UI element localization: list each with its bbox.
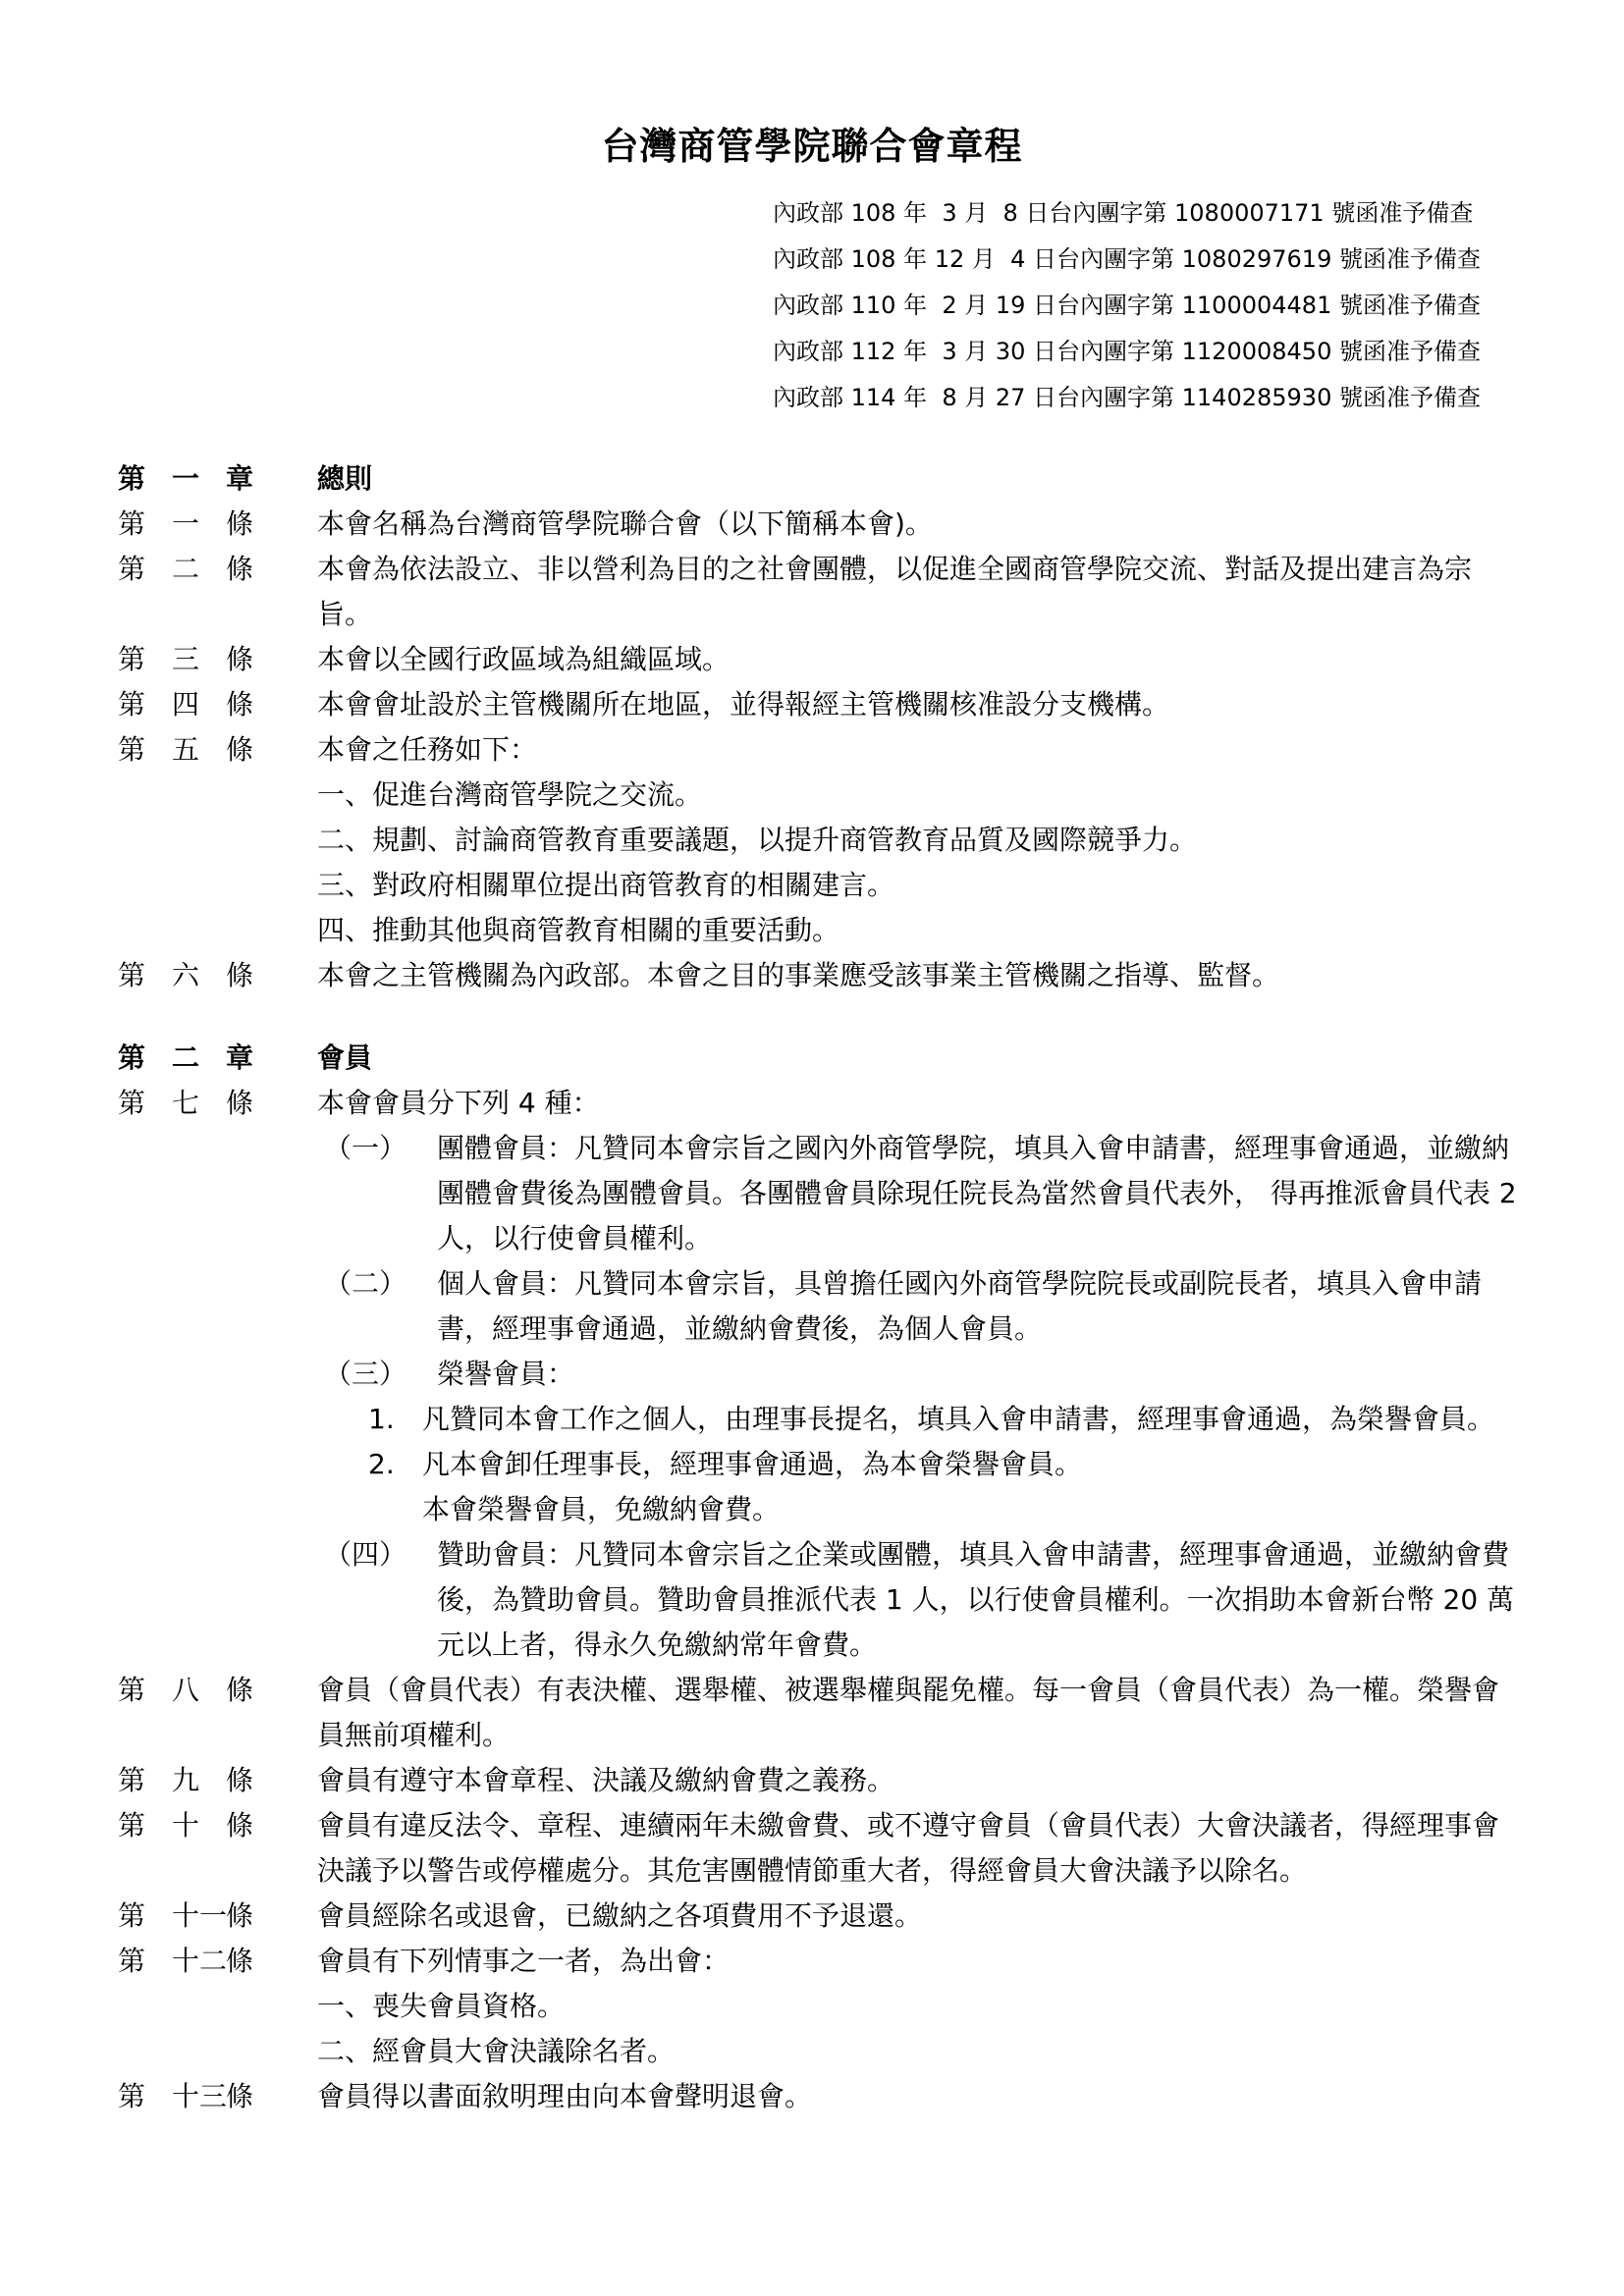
article: 第 六 條 本會之主管機關為內政部。本會之目的事業應受該事業主管機關之指導、監督…	[118, 953, 1522, 998]
article-label-part: 條	[226, 1894, 280, 1939]
article-label: 第 八 條	[118, 1668, 317, 1758]
article-label: 第 十一 條	[118, 1894, 317, 1939]
article-label-part: 第	[118, 547, 172, 637]
sub-text: 團體會員：凡贊同本會宗旨之國內外商管學院，填具入會申請書，經理事會通過，並繳納團…	[437, 1126, 1522, 1261]
article-label-part: 第	[118, 1668, 172, 1758]
article: 第 十二 條 會員有下列情事之一者，為出會：	[118, 1939, 1522, 1984]
member-type-item: （二） 個人會員：凡贊同本會宗旨，具曾擔任國內外商管學院院長或副院長者，填具入會…	[118, 1261, 1522, 1352]
article: 第 十三 條 會員得以書面敘明理由向本會聲明退會。	[118, 2074, 1522, 2119]
article-label-part: 條	[226, 1081, 280, 1126]
article-label: 第 五 條	[118, 727, 317, 773]
approval-line: 內政部 112 年 3 月 30 日台內團字第 1120008450 號函准予備…	[773, 335, 1481, 381]
article-label: 第 二 條	[118, 547, 317, 637]
article-label: 第 一 條	[118, 502, 317, 547]
article-label-part: 十一	[172, 1894, 226, 1939]
article-label-part: 第	[118, 1894, 172, 1939]
article-label-part: 二	[172, 547, 226, 637]
member-type-item: （三） 榮譽會員：	[118, 1352, 1522, 1397]
chapter-label-part: 第	[118, 456, 172, 502]
article-text: 本會之主管機關為內政部。本會之目的事業應受該事業主管機關之指導、監督。	[317, 953, 1522, 998]
sub-text: 個人會員：凡贊同本會宗旨，具曾擔任國內外商管學院院長或副院長者，填具入會申請書，…	[437, 1261, 1522, 1352]
chapter-name: 總則	[317, 456, 1522, 502]
sub-marker: （三）	[324, 1352, 437, 1397]
article-label-part: 第	[118, 682, 172, 727]
list-item: 二、規劃、討論商管教育重要議題，以提升商管教育品質及國際競爭力。	[118, 818, 1522, 863]
article-label: 第 九 條	[118, 1758, 317, 1803]
article: 第 七 條 本會會員分下列 4 種：	[118, 1081, 1522, 1126]
chapter-label-part: 二	[172, 1036, 226, 1081]
article-label-part: 十三	[172, 2074, 226, 2119]
approval-line: 內政部 108 年 3 月 8 日台內團字第 1080007171 號函准予備查	[773, 196, 1481, 242]
article: 第 八 條 會員（會員代表）有表決權、選舉權、被選舉權與罷免權。每一會員（會員代…	[118, 1668, 1522, 1758]
article-label-part: 條	[226, 502, 280, 547]
article-label-part: 第	[118, 1939, 172, 1984]
article-label-part: 五	[172, 727, 226, 773]
numbered-item: 2. 凡本會卸任理事長，經理事會通過，為本會榮譽會員。	[118, 1442, 1522, 1487]
article-label-part: 條	[226, 1758, 280, 1803]
chapter-label-part: 一	[172, 456, 226, 502]
article-text: 會員經除名或退會，已繳納之各項費用不予退還。	[317, 1894, 1522, 1939]
article: 第 十 條 會員有違反法令、章程、連續兩年未繳會費、或不遵守會員（會員代表）大會…	[118, 1803, 1522, 1894]
article-label-part: 第	[118, 1081, 172, 1126]
article-label-part: 第	[118, 2074, 172, 2119]
article-text: 會員有下列情事之一者，為出會：	[317, 1939, 1522, 1984]
document-body: 第 一 章 總則 第 一 條 本會名稱為台灣商管學院聯合會（以下簡稱本會)。 第…	[118, 456, 1522, 2119]
article-label-part: 條	[226, 1939, 280, 1984]
article-text: 會員（會員代表）有表決權、選舉權、被選舉權與罷免權。每一會員（會員代表）為一權。…	[317, 1668, 1522, 1758]
article-label-part: 九	[172, 1758, 226, 1803]
article: 第 十一 條 會員經除名或退會，已繳納之各項費用不予退還。	[118, 1894, 1522, 1939]
numbered-text: 凡贊同本會工作之個人，由理事長提名，填具入會申請書，經理事會通過，為榮譽會員。	[422, 1397, 1522, 1442]
chapter-spacer	[118, 998, 1522, 1036]
list-item: 三、對政府相關單位提出商管教育的相關建言。	[118, 863, 1522, 908]
article-label-part: 第	[118, 1803, 172, 1894]
sub-marker: （二）	[324, 1261, 437, 1352]
article-label-part: 條	[226, 1803, 280, 1894]
sub-marker: （四）	[324, 1532, 437, 1668]
list-item: 四、推動其他與商管教育相關的重要活動。	[118, 908, 1522, 953]
numbered-marker: 2.	[368, 1442, 422, 1487]
numbered-marker	[368, 1487, 422, 1532]
article-text: 本會之任務如下：	[317, 727, 1522, 773]
numbered-text: 本會榮譽會員，免繳納會費。	[422, 1487, 1522, 1532]
article-text: 會員有遵守本會章程、決議及繳納會費之義務。	[317, 1758, 1522, 1803]
article-label-part: 八	[172, 1668, 226, 1758]
article-label: 第 三 條	[118, 637, 317, 682]
article-label: 第 六 條	[118, 953, 317, 998]
article-text: 本會會員分下列 4 種：	[317, 1081, 1522, 1126]
document-title: 台灣商管學院聯合會章程	[0, 116, 1624, 170]
article-label-part: 一	[172, 502, 226, 547]
approval-line: 內政部 110 年 2 月 19 日台內團字第 1100004481 號函准予備…	[773, 289, 1481, 335]
member-type-item: （四） 贊助會員：凡贊同本會宗旨之企業或團體，填具入會申請書，經理事會通過，並繳…	[118, 1532, 1522, 1668]
article-text: 本會會址設於主管機關所在地區，並得報經主管機關核准設分支機構。	[317, 682, 1522, 727]
list-item: 二、經會員大會決議除名者。	[118, 2029, 1522, 2074]
article-label-part: 三	[172, 637, 226, 682]
chapter-label-part: 第	[118, 1036, 172, 1081]
article-text: 本會以全國行政區域為組織區域。	[317, 637, 1522, 682]
article-label-part: 七	[172, 1081, 226, 1126]
approval-line: 內政部 114 年 8 月 27 日台內團字第 1140285930 號函准予備…	[773, 381, 1481, 427]
article-label-part: 第	[118, 1758, 172, 1803]
article: 第 五 條 本會之任務如下：	[118, 727, 1522, 773]
article-text: 本會為依法設立、非以營利為目的之社會團體，以促進全國商管學院交流、對話及提出建言…	[317, 547, 1522, 637]
article-label: 第 十 條	[118, 1803, 317, 1894]
article-label-part: 條	[226, 1668, 280, 1758]
article-label-part: 條	[226, 637, 280, 682]
article-label-part: 第	[118, 727, 172, 773]
member-type-item: （一） 團體會員：凡贊同本會宗旨之國內外商管學院，填具入會申請書，經理事會通過，…	[118, 1126, 1522, 1261]
article-label: 第 十二 條	[118, 1939, 317, 1984]
article-label-part: 十	[172, 1803, 226, 1894]
sub-text: 贊助會員：凡贊同本會宗旨之企業或團體，填具入會申請書，經理事會通過，並繳納會費後…	[437, 1532, 1522, 1668]
article-label: 第 七 條	[118, 1081, 317, 1126]
article-label-part: 第	[118, 953, 172, 998]
article-label: 第 十三 條	[118, 2074, 317, 2119]
approval-records: 內政部 108 年 3 月 8 日台內團字第 1080007171 號函准予備查…	[773, 196, 1481, 427]
article: 第 四 條 本會會址設於主管機關所在地區，並得報經主管機關核准設分支機構。	[118, 682, 1522, 727]
chapter-label-part: 章	[226, 456, 280, 502]
sub-marker: （一）	[324, 1126, 437, 1261]
chapter-heading: 第 二 章 會員	[118, 1036, 1522, 1081]
article-label-part: 條	[226, 682, 280, 727]
article: 第 三 條 本會以全國行政區域為組織區域。	[118, 637, 1522, 682]
article-text: 本會名稱為台灣商管學院聯合會（以下簡稱本會)。	[317, 502, 1522, 547]
article-text: 會員有違反法令、章程、連續兩年未繳會費、或不遵守會員（會員代表）大會決議者，得經…	[317, 1803, 1522, 1894]
article-label-part: 十二	[172, 1939, 226, 1984]
numbered-marker: 1.	[368, 1397, 422, 1442]
article: 第 九 條 會員有遵守本會章程、決議及繳納會費之義務。	[118, 1758, 1522, 1803]
list-item: 一、促進台灣商管學院之交流。	[118, 773, 1522, 818]
article-label: 第 四 條	[118, 682, 317, 727]
article-label-part: 第	[118, 637, 172, 682]
article-text: 會員得以書面敘明理由向本會聲明退會。	[317, 2074, 1522, 2119]
numbered-item: 1. 凡贊同本會工作之個人，由理事長提名，填具入會申請書，經理事會通過，為榮譽會…	[118, 1397, 1522, 1442]
article-label-part: 條	[226, 727, 280, 773]
article: 第 二 條 本會為依法設立、非以營利為目的之社會團體，以促進全國商管學院交流、對…	[118, 547, 1522, 637]
article-label-part: 第	[118, 502, 172, 547]
article-label-part: 條	[226, 953, 280, 998]
numbered-text: 凡本會卸任理事長，經理事會通過，為本會榮譽會員。	[422, 1442, 1522, 1487]
chapter-heading: 第 一 章 總則	[118, 456, 1522, 502]
chapter-name: 會員	[317, 1036, 1522, 1081]
document-page: 台灣商管學院聯合會章程 內政部 108 年 3 月 8 日台內團字第 10800…	[0, 0, 1624, 2296]
article: 第 一 條 本會名稱為台灣商管學院聯合會（以下簡稱本會)。	[118, 502, 1522, 547]
article-label-part: 條	[226, 547, 280, 637]
article-label-part: 條	[226, 2074, 280, 2119]
numbered-item: 本會榮譽會員，免繳納會費。	[118, 1487, 1522, 1532]
article-label-part: 四	[172, 682, 226, 727]
article-label-part: 六	[172, 953, 226, 998]
chapter-label: 第 一 章	[118, 456, 317, 502]
approval-line: 內政部 108 年 12 月 4 日台內團字第 1080297619 號函准予備…	[773, 242, 1481, 289]
chapter-label: 第 二 章	[118, 1036, 317, 1081]
list-item: 一、喪失會員資格。	[118, 1984, 1522, 2029]
chapter-label-part: 章	[226, 1036, 280, 1081]
sub-text: 榮譽會員：	[437, 1352, 1522, 1397]
